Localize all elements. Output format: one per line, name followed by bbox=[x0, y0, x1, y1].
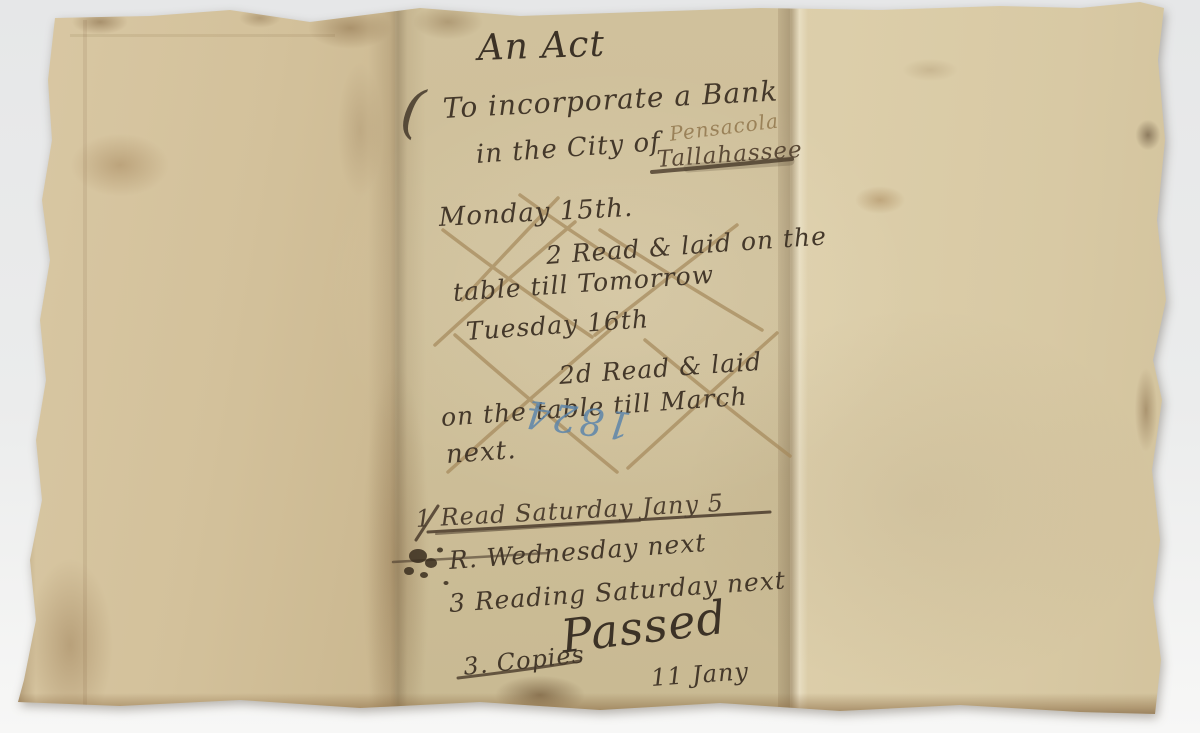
photo-backdrop: An Act ( To incorporate a Bank in the Ci… bbox=[0, 0, 1200, 733]
title-an-act: An Act bbox=[477, 24, 606, 69]
worn-left-edge bbox=[10, 530, 36, 717]
worn-bottom-edge bbox=[0, 693, 1200, 719]
docket-next: next. bbox=[445, 435, 517, 470]
manuscript-paper: An Act ( To incorporate a Bank in the Ci… bbox=[0, 0, 1200, 733]
